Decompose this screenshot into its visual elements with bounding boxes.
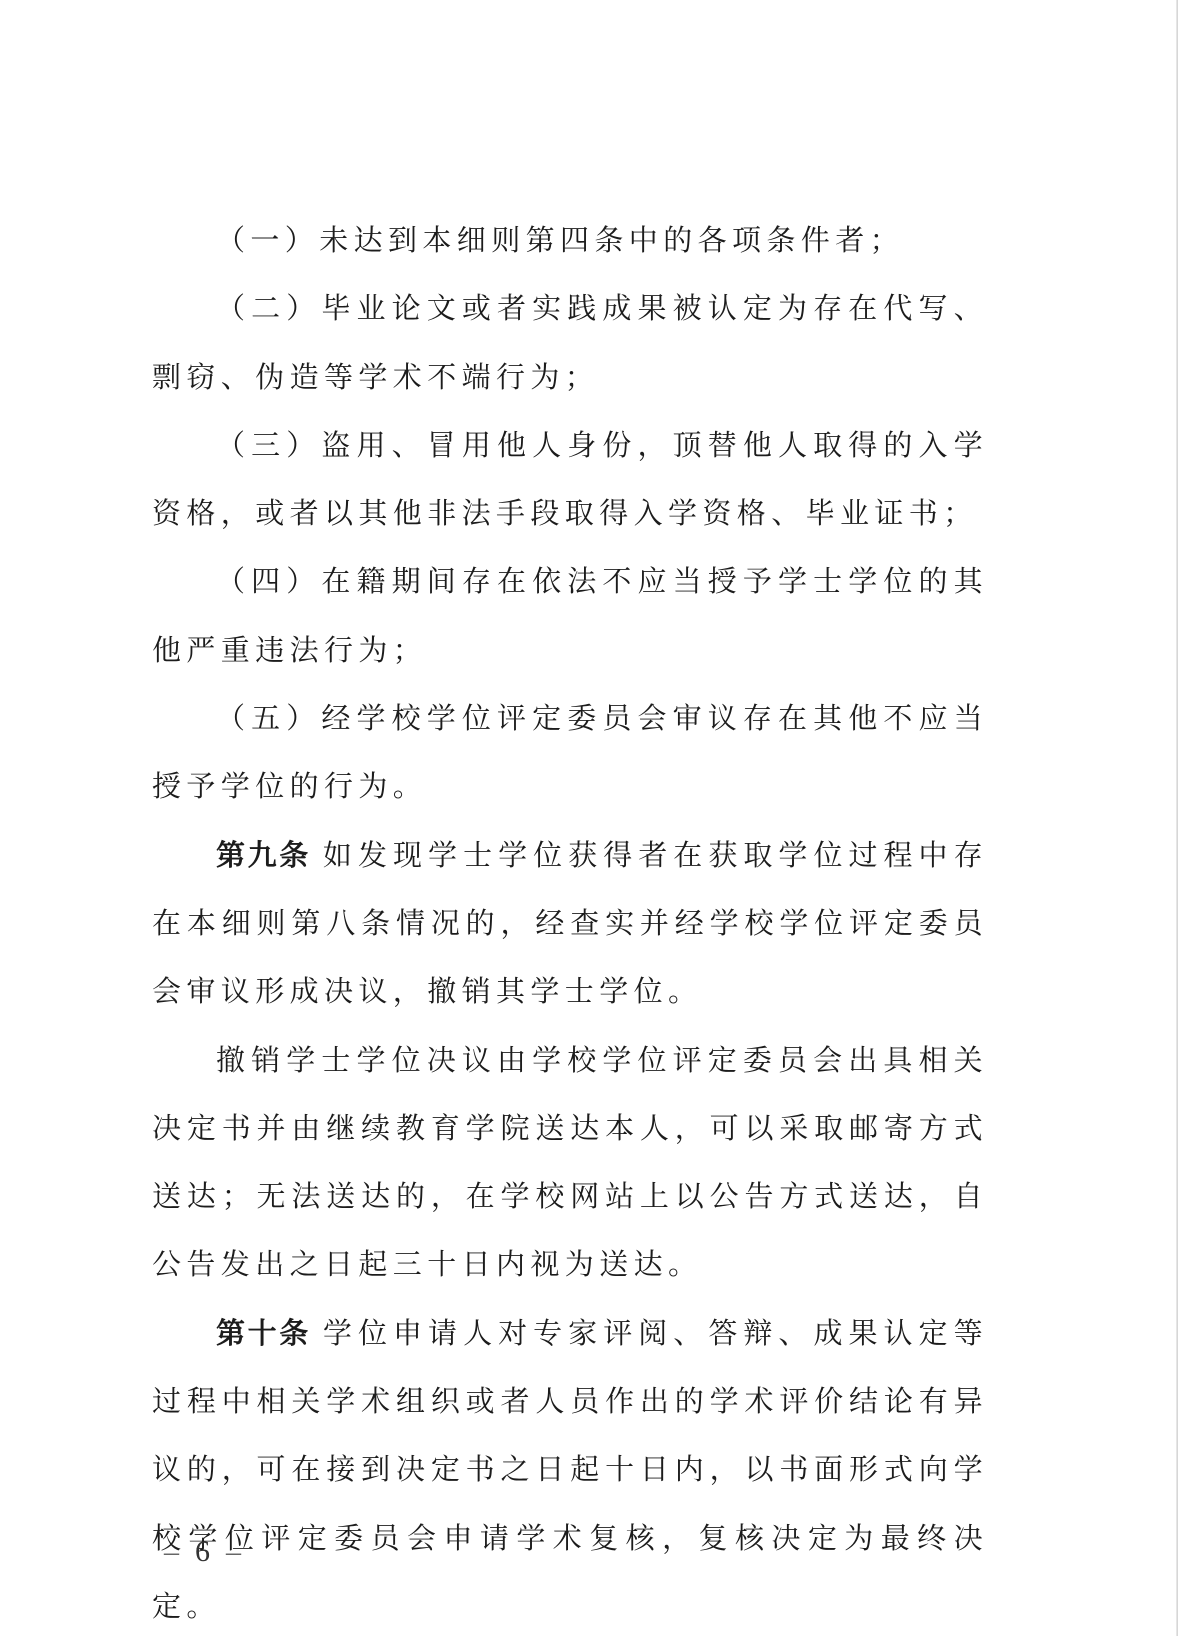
page-number-dash-right: – <box>226 1535 243 1569</box>
paragraph-text: （五）经学校学位评定委员会审议存在其他不应当授予学位的行为。 <box>152 701 988 803</box>
clause-item-3: （三）盗用、冒用他人身份，顶替他人取得的入学资格，或者以其他非法手段取得入学资格… <box>152 411 988 548</box>
page-number-value: 6 <box>195 1535 212 1568</box>
article-9: 第九条如发现学士学位获得者在获取学位过程中存在本细则第八条情况的，经查实并经学校… <box>152 821 988 1026</box>
page-edge-shadow <box>1176 0 1178 1636</box>
page-number-dash-left: – <box>164 1535 181 1569</box>
clause-item-1: （一）未达到本细则第四条中的各项条件者； <box>152 206 988 274</box>
article-10: 第十条学位申请人对专家评阅、答辩、成果认定等过程中相关学术组织或者人员作出的学术… <box>152 1299 988 1636</box>
paragraph-text: 撤销学士学位决议由学校学位评定委员会出具相关决定书并由继续教育学院送达本人，可以… <box>152 1043 988 1282</box>
clause-item-5: （五）经学校学位评定委员会审议存在其他不应当授予学位的行为。 <box>152 684 988 821</box>
paragraph-text: （二）毕业论文或者实践成果被认定为存在代写、剽窃、伪造等学术不端行为； <box>152 291 988 393</box>
paragraph-text: （三）盗用、冒用他人身份，顶替他人取得的入学资格，或者以其他非法手段取得入学资格… <box>152 428 988 530</box>
paragraph-text: （四）在籍期间存在依法不应当授予学士学位的其他严重违法行为； <box>152 564 988 666</box>
article-number: 第九条 <box>216 838 311 872</box>
clause-item-4: （四）在籍期间存在依法不应当授予学士学位的其他严重违法行为； <box>152 547 988 684</box>
clause-item-2: （二）毕业论文或者实践成果被认定为存在代写、剽窃、伪造等学术不端行为； <box>152 274 988 411</box>
page-number: –6– <box>150 1535 257 1569</box>
revocation-paragraph: 撤销学士学位决议由学校学位评定委员会出具相关决定书并由继续教育学院送达本人，可以… <box>152 1026 988 1299</box>
paragraph-text: 学位申请人对专家评阅、答辩、成果认定等过程中相关学术组织或者人员作出的学术评价结… <box>152 1316 988 1623</box>
article-number: 第十条 <box>216 1316 311 1350</box>
document-body: （一）未达到本细则第四条中的各项条件者； （二）毕业论文或者实践成果被认定为存在… <box>152 206 988 1636</box>
paragraph-text: （一）未达到本细则第四条中的各项条件者； <box>216 223 904 257</box>
